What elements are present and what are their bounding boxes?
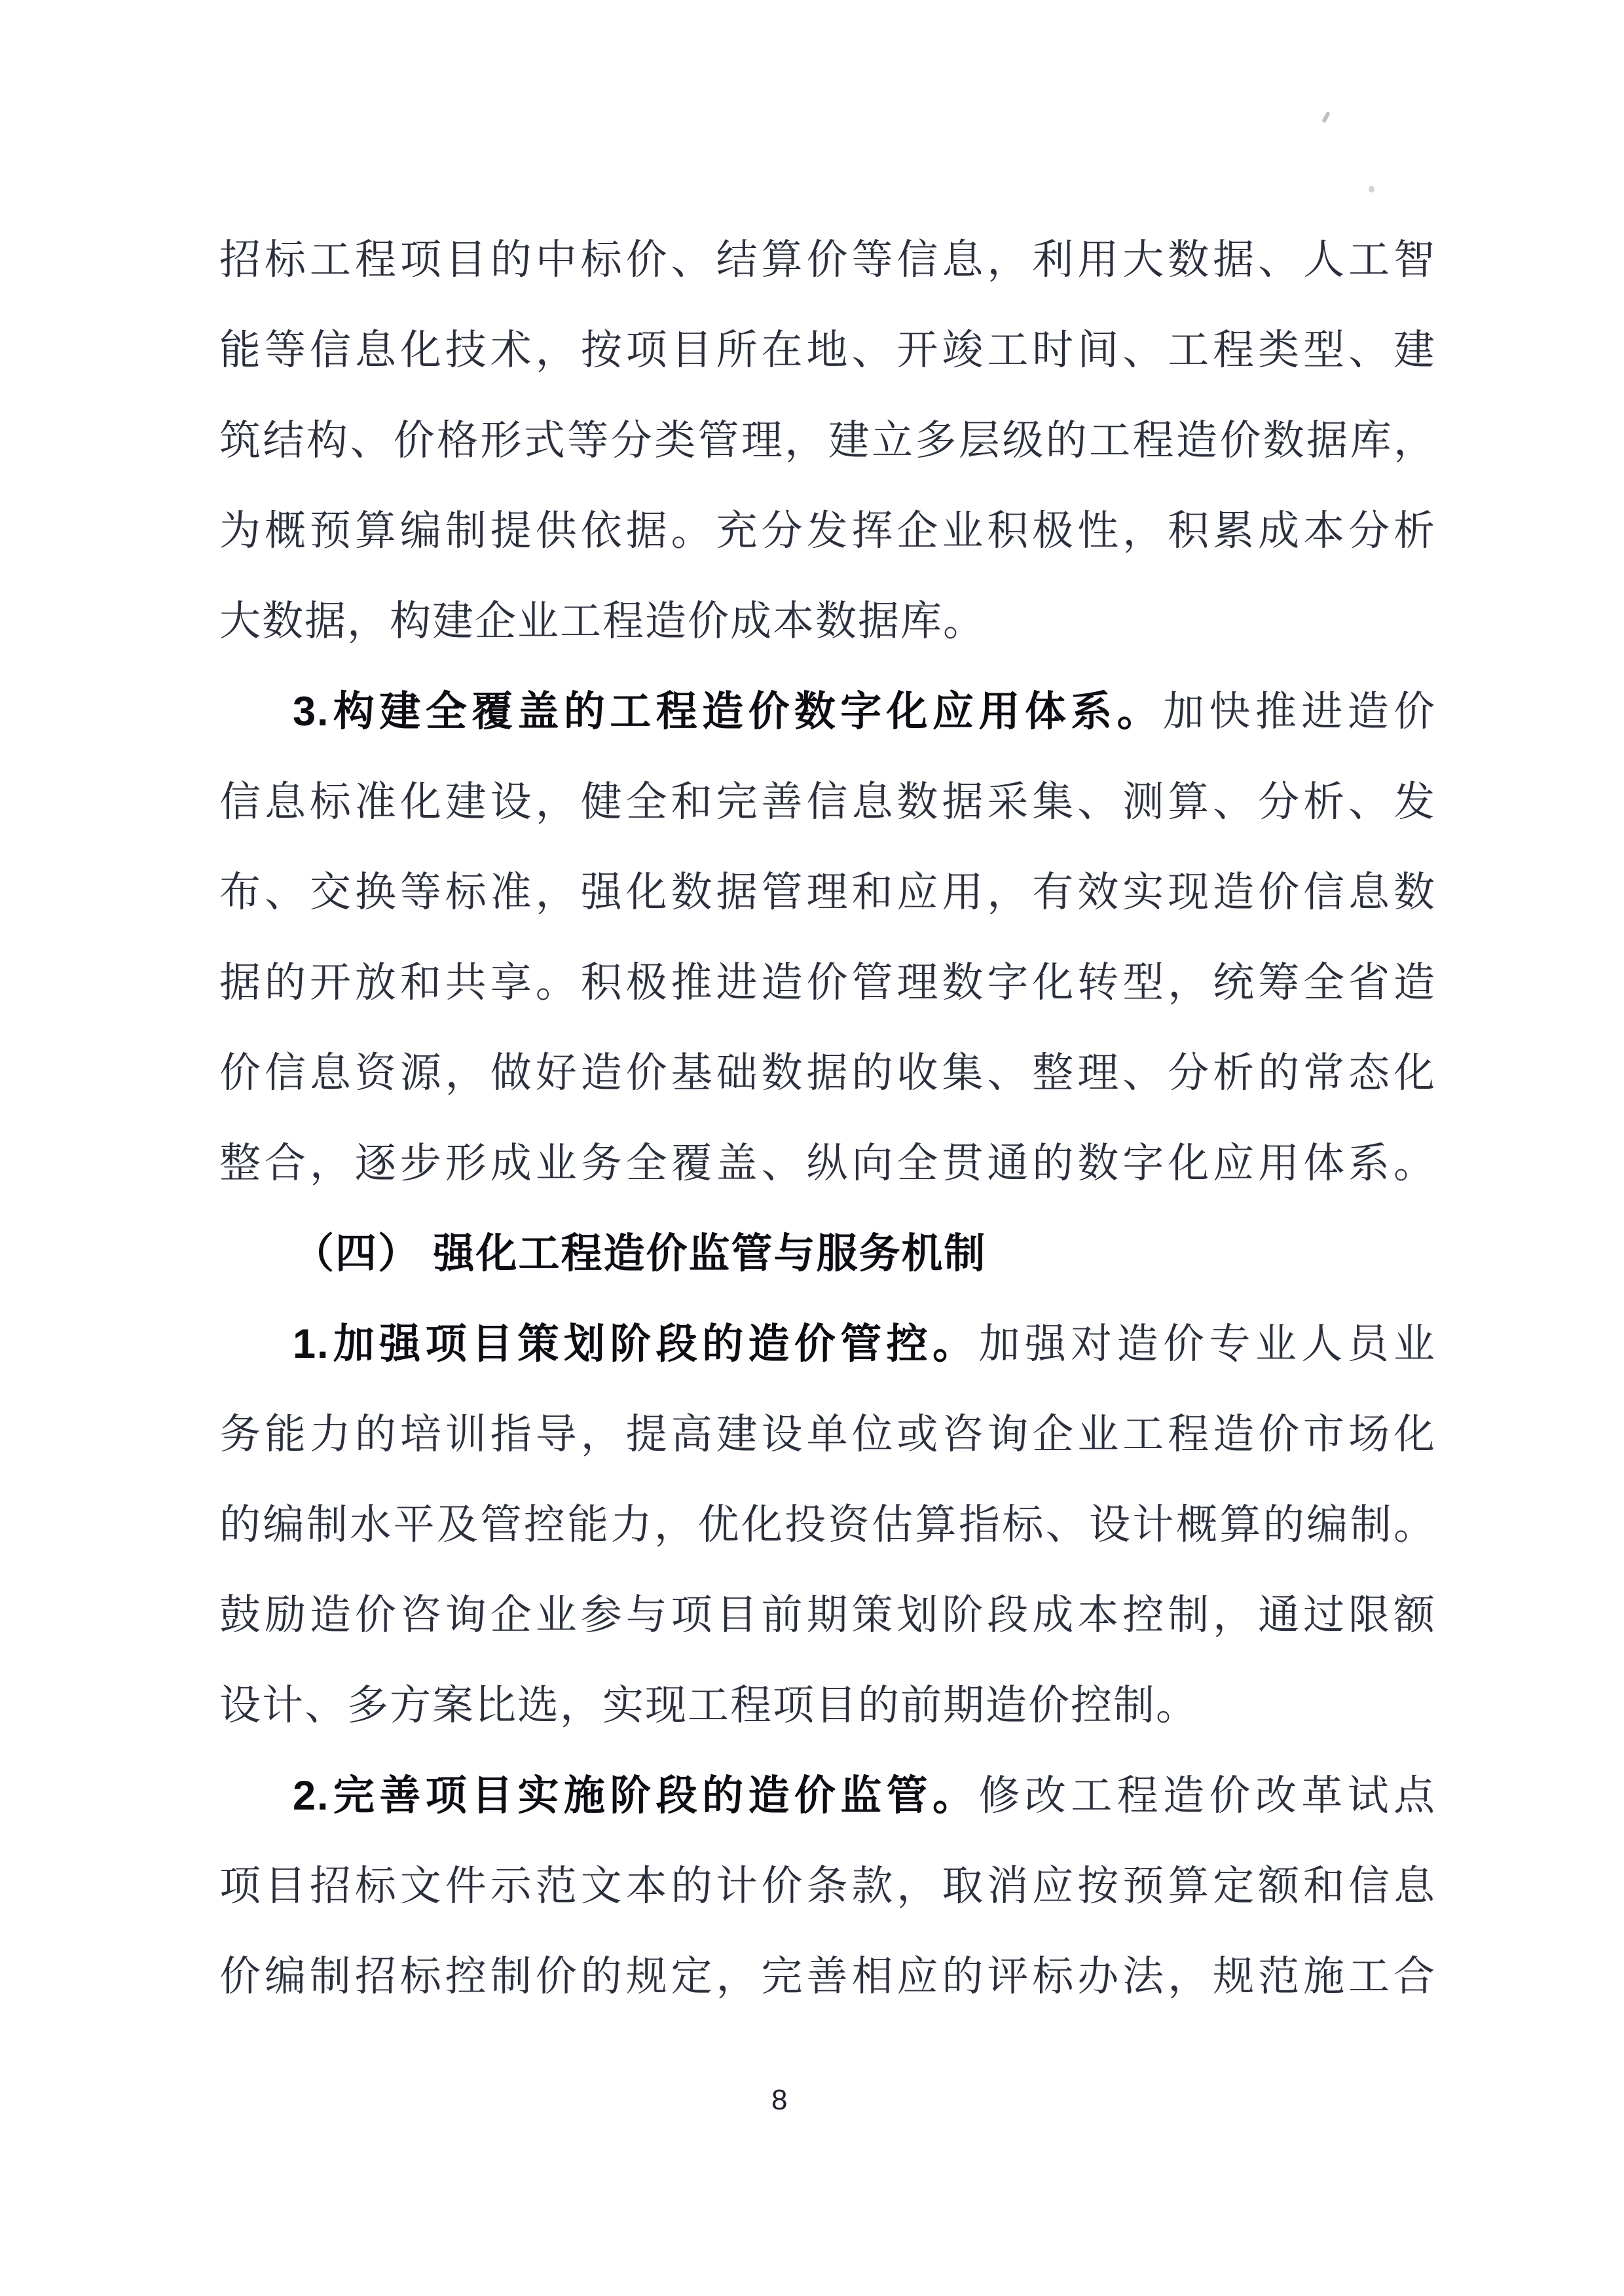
page-number: 8 — [771, 2081, 787, 2120]
text-segment: 价编制招标控制价的规定，完善相应的评标办法，规范施工合 — [219, 1954, 1436, 1999]
text-line: 布、交换等标准，强化数据管理和应用，有效实现造价信息数 — [219, 847, 1436, 938]
paragraph-last-line: 大数据，构建企业工程造价成本数据库。 — [219, 576, 1436, 666]
text-segment: 修改工程造价改革试点 — [978, 1773, 1436, 1819]
run-in-heading: 2.完善项目实施阶段的造价监管。 — [293, 1773, 978, 1819]
text-line: 整合，逐步形成业务全覆盖、纵向全贯通的数字化应用体系。 — [219, 1118, 1436, 1209]
text-segment: 能等信息化技术，按项目所在地、开竣工时间、工程类型、建 — [219, 327, 1436, 373]
text-line: 的编制水平及管控能力，优化投资估算指标、设计概算的编制。 — [219, 1480, 1436, 1570]
text-segment: 的编制水平及管控能力，优化投资估算指标、设计概算的编制。 — [219, 1502, 1436, 1548]
text-line: 筑结构、价格形式等分类管理，建立多层级的工程造价数据库， — [219, 395, 1436, 486]
text-segment: 整合，逐步形成业务全覆盖、纵向全贯通的数字化应用体系。 — [219, 1140, 1436, 1186]
text-segment: 大数据，构建企业工程造价成本数据库。 — [219, 598, 986, 644]
run-in-heading: 3.构建全覆盖的工程造价数字化应用体系。 — [293, 689, 1163, 735]
text-line: 鼓励造价咨询企业参与项目前期策划阶段成本控制，通过限额 — [219, 1570, 1436, 1660]
section-heading: （四） 强化工程造价监管与服务机制 — [219, 1209, 1436, 1299]
text-segment: 据的开放和共享。积极推进造价管理数字化转型，统筹全省造 — [219, 960, 1436, 1006]
section-heading-text: （四） 强化工程造价监管与服务机制 — [293, 1231, 987, 1277]
text-line: 为概预算编制提供依据。充分发挥企业积极性，积累成本分析 — [219, 486, 1436, 576]
document-page: 招标工程项目的中标价、结算价等信息，利用大数据、人工智 能等信息化技术，按项目所… — [0, 0, 1624, 2296]
paragraph-lead-line: 3.构建全覆盖的工程造价数字化应用体系。加快推进造价 — [219, 666, 1436, 757]
text-segment: 设计、多方案比选，实现工程项目的前期造价控制。 — [219, 1683, 1198, 1728]
text-segment: 筑结构、价格形式等分类管理，建立多层级的工程造价数据库， — [219, 418, 1436, 464]
text-segment: 布、交换等标准，强化数据管理和应用，有效实现造价信息数 — [219, 869, 1436, 915]
paragraph-lead-line: 2.完善项目实施阶段的造价监管。修改工程造价改革试点 — [219, 1751, 1436, 1841]
scan-speck — [1321, 111, 1331, 124]
body-text-block: 招标工程项目的中标价、结算价等信息，利用大数据、人工智 能等信息化技术，按项目所… — [219, 215, 1436, 2022]
text-segment: 项目招标文件示范文本的计价条款，取消应按预算定额和信息 — [219, 1863, 1436, 1909]
text-line: 价编制招标控制价的规定，完善相应的评标办法，规范施工合 — [219, 1931, 1436, 2022]
text-line: 价信息资源，做好造价基础数据的收集、整理、分析的常态化 — [219, 1028, 1436, 1118]
paragraph-lead-line: 1.加强项目策划阶段的造价管控。加强对造价专业人员业 — [219, 1299, 1436, 1389]
run-in-heading: 1.加强项目策划阶段的造价管控。 — [293, 1321, 978, 1367]
text-line: 能等信息化技术，按项目所在地、开竣工时间、工程类型、建 — [219, 305, 1436, 395]
text-line: 项目招标文件示范文本的计价条款，取消应按预算定额和信息 — [219, 1841, 1436, 1931]
text-segment: 鼓励造价咨询企业参与项目前期策划阶段成本控制，通过限额 — [219, 1592, 1436, 1638]
text-segment: 信息标准化建设，健全和完善信息数据采集、测算、分析、发 — [219, 779, 1436, 825]
text-segment: 招标工程项目的中标价、结算价等信息，利用大数据、人工智 — [219, 237, 1436, 283]
text-line: 务能力的培训指导，提高建设单位或咨询企业工程造价市场化 — [219, 1389, 1436, 1480]
scan-speck — [1369, 186, 1375, 192]
text-segment: 价信息资源，做好造价基础数据的收集、整理、分析的常态化 — [219, 1050, 1436, 1096]
text-line: 招标工程项目的中标价、结算价等信息，利用大数据、人工智 — [219, 215, 1436, 305]
text-line: 信息标准化建设，健全和完善信息数据采集、测算、分析、发 — [219, 757, 1436, 847]
text-segment: 为概预算编制提供依据。充分发挥企业积极性，积累成本分析 — [219, 508, 1436, 554]
text-line: 据的开放和共享。积极推进造价管理数字化转型，统筹全省造 — [219, 938, 1436, 1028]
text-segment: 务能力的培训指导，提高建设单位或咨询企业工程造价市场化 — [219, 1412, 1436, 1457]
text-segment: 加强对造价专业人员业 — [978, 1321, 1436, 1367]
paragraph-last-line: 设计、多方案比选，实现工程项目的前期造价控制。 — [219, 1660, 1436, 1751]
text-segment: 加快推进造价 — [1163, 689, 1436, 735]
